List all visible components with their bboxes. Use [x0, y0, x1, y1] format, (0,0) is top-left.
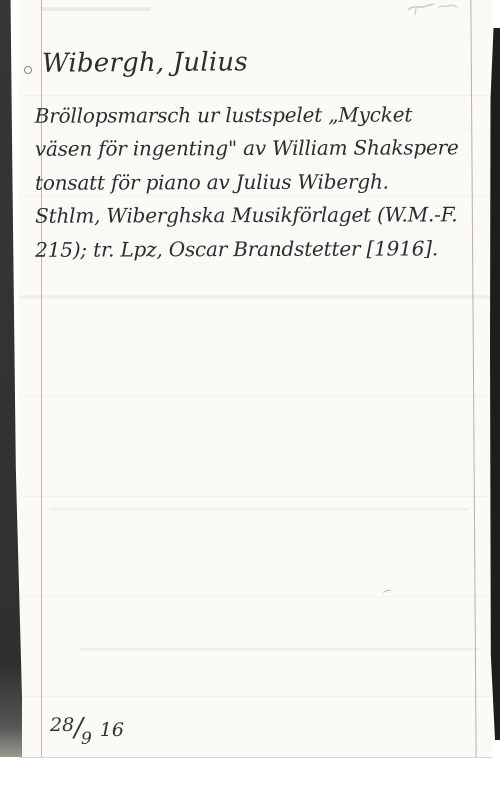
scan-streak — [19, 296, 492, 299]
ruled-line — [19, 529, 492, 530]
scan-edge-right — [490, 28, 500, 740]
body-line: väsen för ingenting" av William Shaksper… — [35, 132, 480, 167]
ruled-line — [19, 663, 492, 664]
scan-smudge — [41, 7, 151, 11]
ruled-line — [19, 429, 492, 430]
ruled-line — [19, 563, 492, 564]
ruled-line — [19, 396, 492, 397]
ruled-line — [19, 362, 492, 363]
ruled-line — [19, 596, 492, 597]
ruled-line — [19, 95, 492, 96]
date-month: 9 — [81, 729, 92, 749]
scan-streak — [49, 508, 469, 511]
ruled-line — [19, 696, 492, 697]
margin-circle-mark — [24, 66, 32, 74]
ruled-line — [19, 629, 492, 630]
card-body: Bröllopsmarsch ur lustspelet „Mycket väs… — [35, 98, 481, 267]
ruled-line — [19, 295, 492, 296]
ruled-line — [19, 329, 492, 330]
card-heading: Wibergh, Julius — [42, 47, 248, 78]
catalog-card-scan: Wibergh, Julius Bröllopsmarsch ur lustsp… — [0, 0, 500, 800]
ruled-line — [19, 462, 492, 463]
body-line: tonsatt för piano av Julius Wibergh. — [35, 165, 480, 200]
scan-streak — [79, 648, 479, 651]
body-line: 215); tr. Lpz, Oscar Brandstetter [1916]… — [35, 232, 480, 267]
date-separator: / — [74, 713, 81, 743]
date-day: 28 — [50, 714, 74, 736]
date-year: 16 — [100, 719, 124, 741]
ruled-line — [19, 496, 492, 497]
date-note: 28/916 — [50, 714, 124, 744]
body-line: Sthlm, Wiberghska Musikförlaget (W.M.-F. — [35, 198, 480, 233]
pencil-scribble-icon — [404, 0, 468, 20]
body-line: Bröllopsmarsch ur lustspelet „Mycket — [35, 98, 480, 133]
